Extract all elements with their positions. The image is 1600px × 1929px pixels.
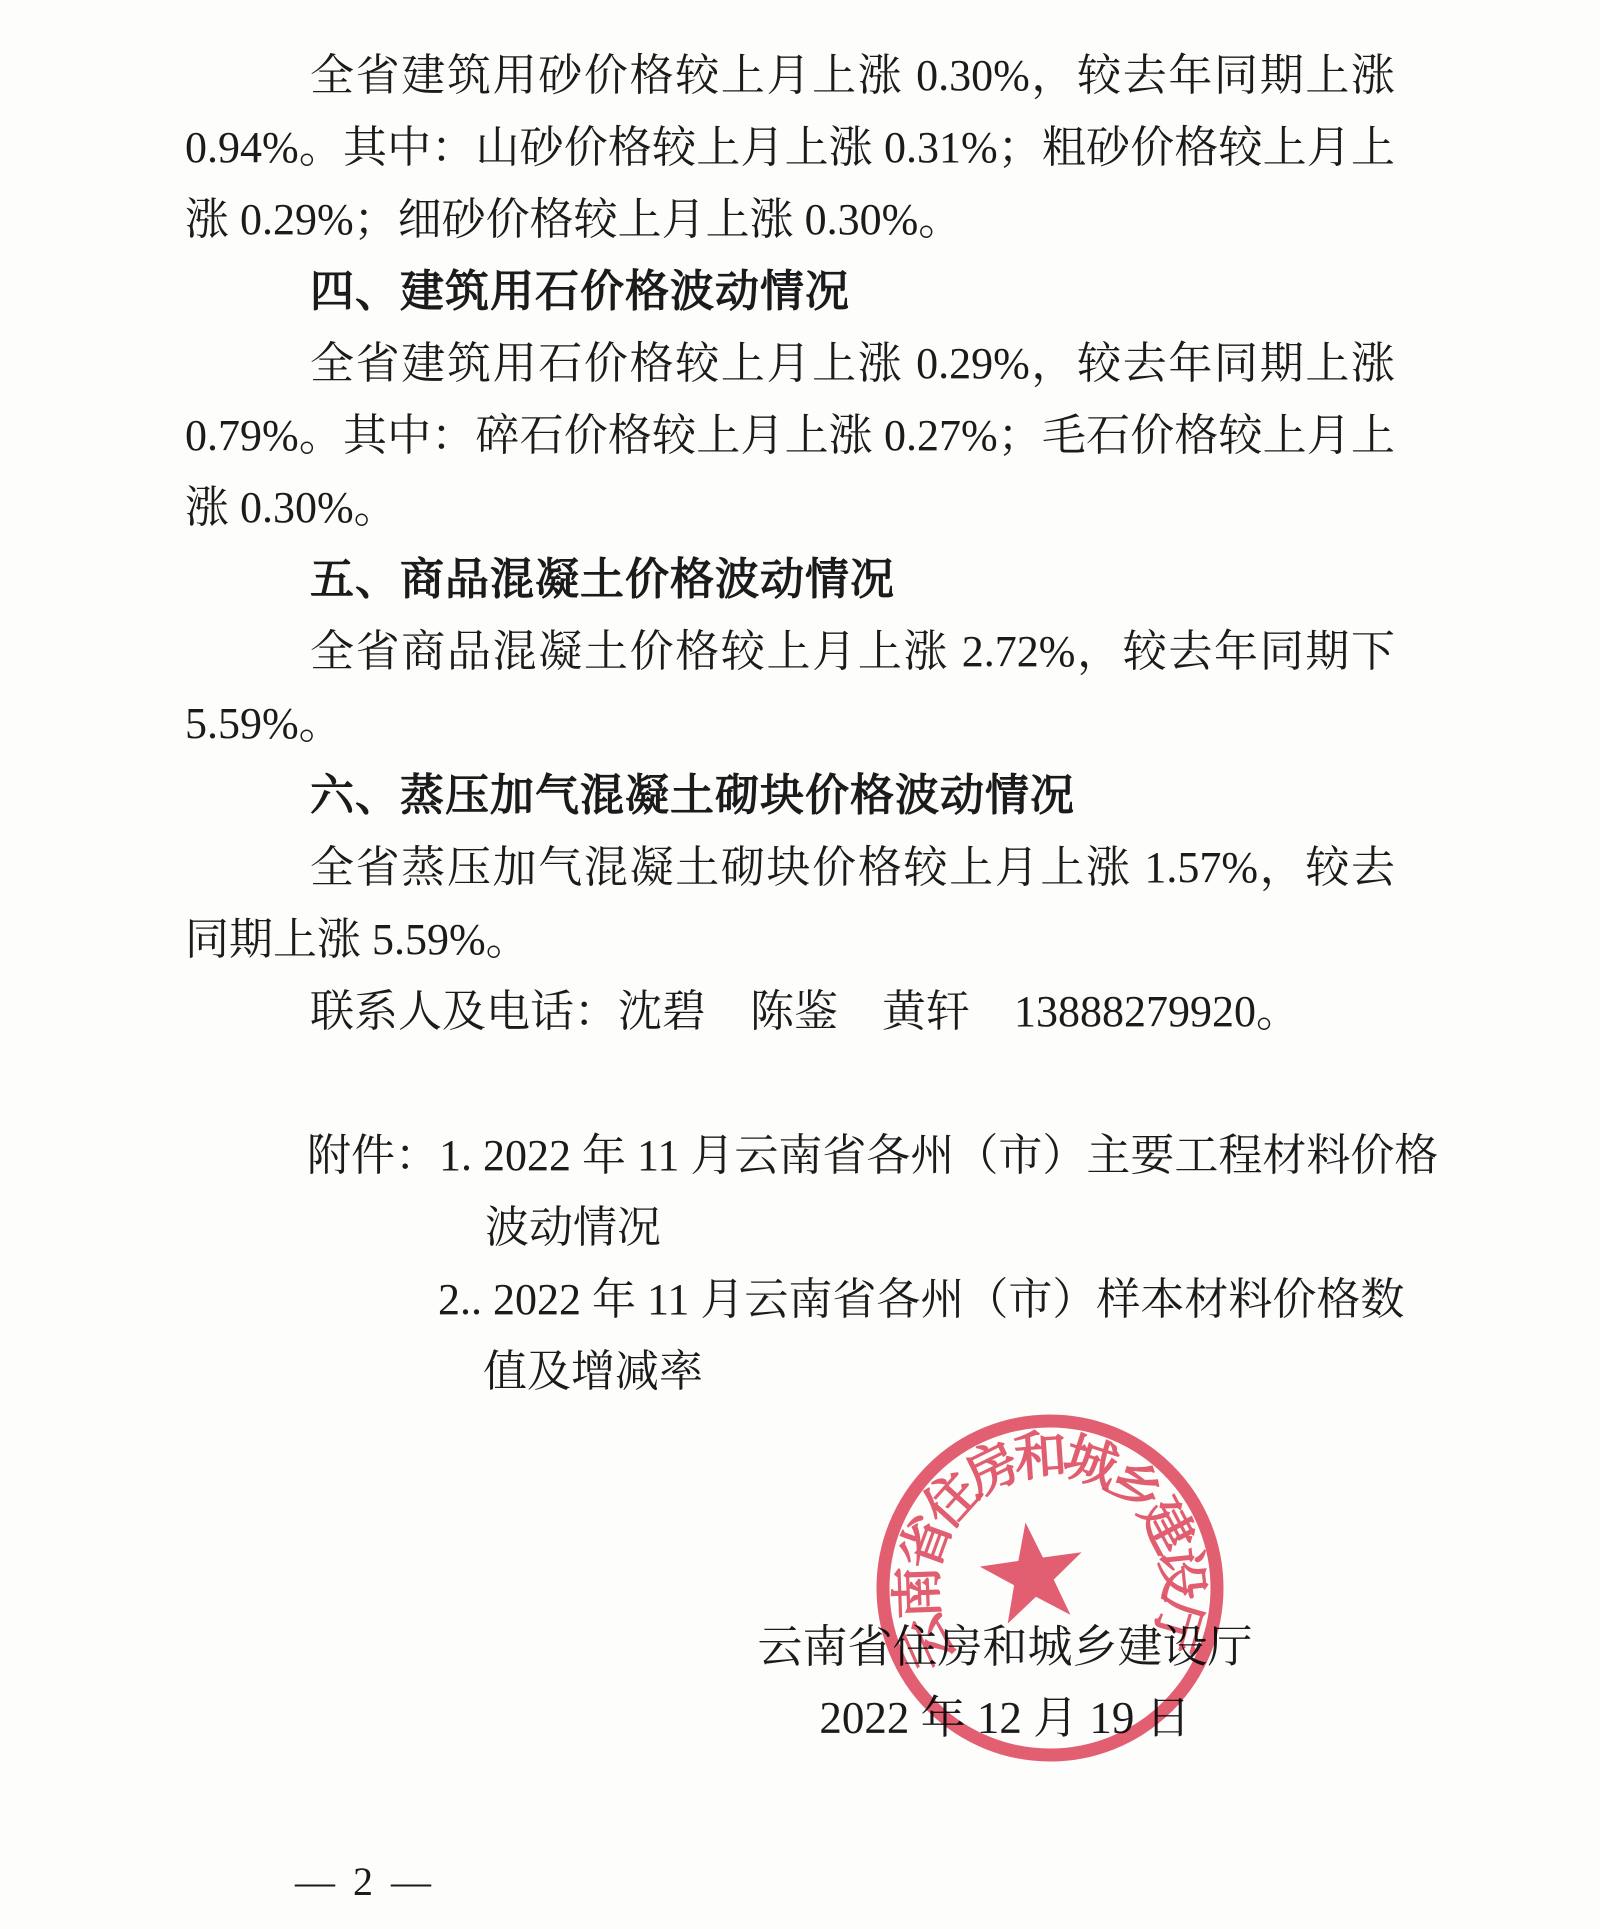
attachment-line1: 附件：1. 2022 年 11 月云南省各州（市）主要工程材料价格	[185, 1120, 1395, 1192]
para-stone-line3: 涨 0.30%。	[185, 472, 1395, 544]
contact-line: 联系人及电话：沈碧 陈鉴 黄轩 13888279920。	[185, 976, 1395, 1048]
para-concrete-line1: 全省商品混凝土价格较上月上涨 2.72%，较去年同期下降	[185, 616, 1395, 688]
blank-line	[185, 1048, 1395, 1120]
stamp-seal-svg: 云南省住房和城乡建设厅	[858, 1396, 1242, 1780]
stamp-star-icon	[975, 1515, 1090, 1626]
section-heading-stone: 四、建筑用石价格波动情况	[185, 256, 1395, 328]
section-heading-concrete: 五、商品混凝土价格波动情况	[185, 544, 1395, 616]
para-concrete-line2: 5.59%。	[185, 688, 1395, 760]
attachment-line2: 波动情况	[185, 1192, 1395, 1264]
para-aac-line2: 同期上涨 5.59%。	[185, 904, 1395, 976]
para-sand-line3: 涨 0.29%；细砂价格较上月上涨 0.30%。	[185, 184, 1395, 256]
document-page: 全省建筑用砂价格较上月上涨 0.30%，较去年同期上涨 0.94%。其中：山砂价…	[0, 0, 1600, 1929]
page-number: — 2 —	[250, 1858, 480, 1906]
document-body: 全省建筑用砂价格较上月上涨 0.30%，较去年同期上涨 0.94%。其中：山砂价…	[185, 40, 1395, 1408]
stamp-arc-text: 云南省住房和城乡建设厅	[877, 1416, 1216, 1679]
attachment-line3: 2.. 2022 年 11 月云南省各州（市）样本材料价格数	[185, 1264, 1395, 1336]
para-stone-line1: 全省建筑用石价格较上月上涨 0.29%，较去年同期上涨	[185, 328, 1395, 400]
stamp-seal: 云南省住房和城乡建设厅	[858, 1396, 1242, 1780]
para-sand-line1: 全省建筑用砂价格较上月上涨 0.30%，较去年同期上涨	[185, 40, 1395, 112]
para-sand-line2: 0.94%。其中：山砂价格较上月上涨 0.31%；粗砂价格较上月上	[185, 112, 1395, 184]
para-stone-line2: 0.79%。其中：碎石价格较上月上涨 0.27%；毛石价格较上月上	[185, 400, 1395, 472]
para-aac-line1: 全省蒸压加气混凝土砌块价格较上月上涨 1.57%，较去年	[185, 832, 1395, 904]
section-heading-aac: 六、蒸压加气混凝土砌块价格波动情况	[185, 760, 1395, 832]
